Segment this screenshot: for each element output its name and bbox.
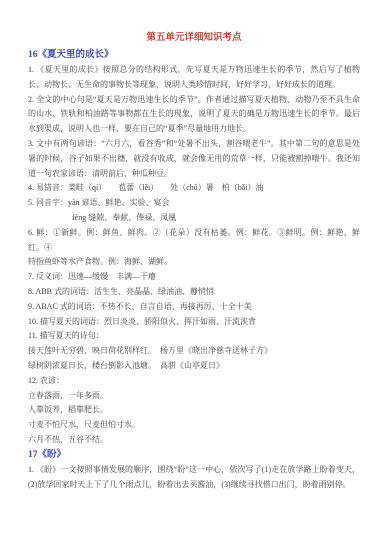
farm-proverb-2: 人靠饭养，稻靠肥长。	[28, 403, 360, 418]
poem-line-2: 绿树阴浓夏日长，楼台倒影入池塘。 高骈《山亭夏日》	[28, 359, 360, 374]
section-16-heading: 16《夏天里的成长》	[28, 48, 360, 63]
para-1-structure: 1. 《夏天里的成长》按照总分的结构形式，先写夏天是万物迅速生长的季节，然后写了…	[28, 63, 360, 93]
para-5-homophones-yan: 5. 同音字：yàn 谚语、鲜艳、实验、宴会	[28, 196, 360, 211]
para-1-pan-structure: 1. 《盼》一文按照事情发展的顺序，围绕“盼”这一中心，依次写了(1)走在放学路…	[28, 463, 360, 493]
para-10-summer-words: 10. 描写夏天的词语：烈日炎炎、骄阳似火、挥汗如雨、汗流浃背	[28, 315, 360, 330]
para-6-xian-continued: 特指鱼虾等水产食物。例：海鲜、湖鲜。	[28, 255, 360, 270]
section-17-heading: 17《盼》	[28, 448, 360, 463]
para-2-central-sentence: 2. 全文的中心句是“夏天是万物迅速生长的季节”。作者通过描写夏天植物、动物乃至…	[28, 93, 360, 137]
para-5-homophones-feng: fèng 缝隙、奉献、俸禄、凤凰	[28, 211, 360, 226]
farm-proverb-1: 立春落雨，一年多雨。	[28, 389, 360, 404]
document-page: 第五单元详细知识考点 16《夏天里的成长》 1. 《夏天里的成长》按照总分的结构…	[0, 0, 382, 540]
para-6-xian-meanings: 6. 鲜：①新鲜。例：鲜鱼、鲜肉。②（花朵）没有枯萎。例：鲜花。③鲜明。例：鲜艳…	[28, 226, 360, 256]
farm-proverb-3: 寸麦不怕尺水，尺麦但怕寸水。	[28, 418, 360, 433]
para-12-farm-proverbs-label: 12. 农谚：	[28, 374, 360, 389]
para-7-antonyms: 7. 反义词：迅速—缓慢 丰满—干瘪	[28, 270, 360, 285]
para-4-error-prone-pronunciations: 4. 易错音：菜畦（qí） 苞蕾（lěi） 处（chǔ）暑 柏（bǎi）油	[28, 181, 360, 196]
farm-proverb-4: 六月不热，五谷不结。	[28, 433, 360, 448]
para-3-proverbs: 3. 文中有两句谚语：“六月六，看谷秀”和“处暑不出头，割谷喂老牛”。其中第二句…	[28, 137, 360, 181]
para-8-abb-words: 8. ABB 式的词语：活生生、亮晶晶、绿油油、静悄悄	[28, 285, 360, 300]
poem-line-1: 接天莲叶无穷碧，映日荷花别样红。 杨万里《晓出净慈寺送林子方》	[28, 344, 360, 359]
para-11-summer-poems-label: 11. 描写夏天的诗句：	[28, 329, 360, 344]
para-9-abac-words: 9. ABAC 式的词语：不热不长、自言自语、再接再厉、十全十美	[28, 300, 360, 315]
doc-title: 第五单元详细知识考点	[28, 31, 360, 46]
